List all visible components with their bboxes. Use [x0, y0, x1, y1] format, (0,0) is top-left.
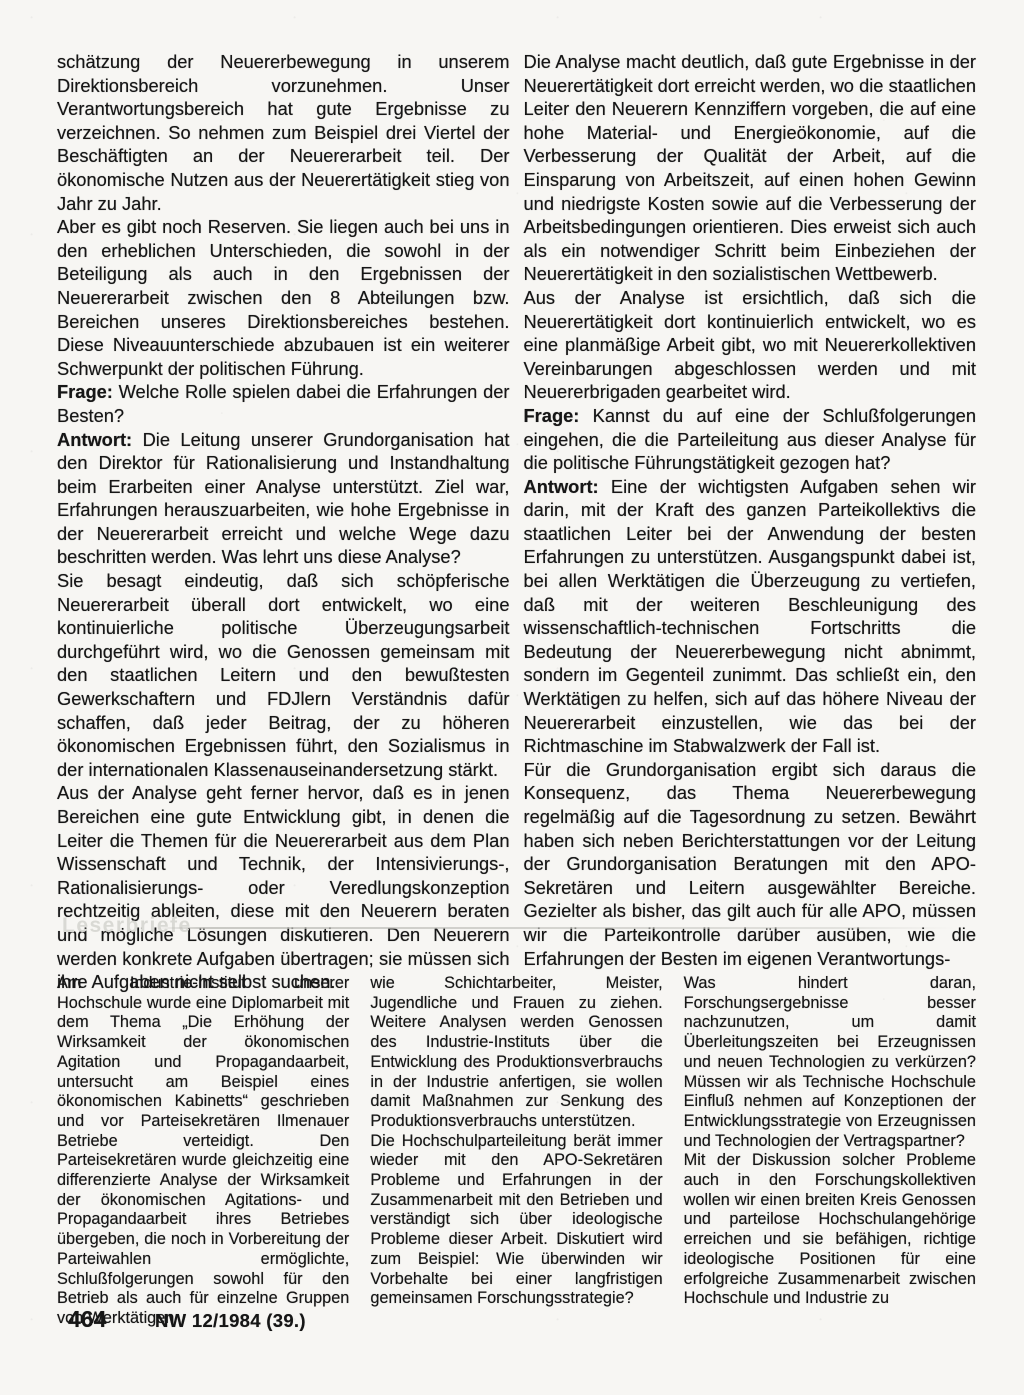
letters-column-2: wie Schichtarbeiter, Meister, Jugendlich… — [370, 974, 662, 1329]
letters-section: Am Industrie-Institut unserer Hochschule… — [57, 974, 976, 1329]
qa-lead-label: Frage: — [524, 405, 593, 426]
page-number: 464 — [68, 1306, 106, 1333]
paragraph: Am Industrie-Institut unserer Hochschule… — [57, 974, 349, 1329]
divider-rule — [155, 927, 955, 929]
paragraph: schätzung der Neuererbewegung in unserem… — [57, 50, 510, 215]
paragraph: Aus der Analyse geht ferner hervor, daß … — [57, 781, 510, 993]
paragraph: Die Hochschulparteileitung berät immer w… — [370, 1132, 662, 1309]
interview-left-column: schätzung der Neuererbewegung in unserem… — [57, 50, 510, 994]
qa-lead-label: Frage: — [57, 381, 119, 402]
section-divider: Leserbriefe — [60, 912, 975, 942]
paragraph: Die Analyse macht deutlich, daß gute Erg… — [524, 50, 977, 286]
issue-label: NW 12/1984 (39.) — [155, 1310, 306, 1332]
paragraph: Sie besagt eindeutig, daß sich schöpferi… — [57, 569, 510, 781]
interview-right-column: Die Analyse macht deutlich, daß gute Erg… — [524, 50, 977, 994]
paragraph: wie Schichtarbeiter, Meister, Jugendlich… — [370, 974, 662, 1132]
paragraph: Was hindert daran, Forschungsergebnisse … — [684, 974, 976, 1151]
paragraph: Frage: Kannst du auf eine der Schlußfolg… — [524, 404, 977, 475]
paragraph: Mit der Diskussion solcher Probleme auch… — [684, 1151, 976, 1309]
paragraph: Aber es gibt noch Reserven. Sie liegen a… — [57, 215, 510, 380]
paragraph: Frage: Welche Rolle spielen dabei die Er… — [57, 380, 510, 427]
magazine-page: schätzung der Neuererbewegung in unserem… — [0, 0, 1024, 1395]
qa-lead-label: Antwort: — [57, 429, 143, 450]
section-ghost-title: Leserbriefe — [62, 914, 192, 938]
letters-column-1: Am Industrie-Institut unserer Hochschule… — [57, 974, 349, 1329]
paragraph: Aus der Analyse ist ersichtlich, daß sic… — [524, 286, 977, 404]
letters-column-3: Was hindert daran, Forschungsergebnisse … — [684, 974, 976, 1329]
paragraph: Antwort: Die Leitung unserer Grundorgani… — [57, 428, 510, 570]
paragraph: Antwort: Eine der wichtigsten Aufgaben s… — [524, 475, 977, 758]
interview-article: schätzung der Neuererbewegung in unserem… — [57, 50, 976, 994]
qa-lead-label: Antwort: — [524, 476, 611, 497]
